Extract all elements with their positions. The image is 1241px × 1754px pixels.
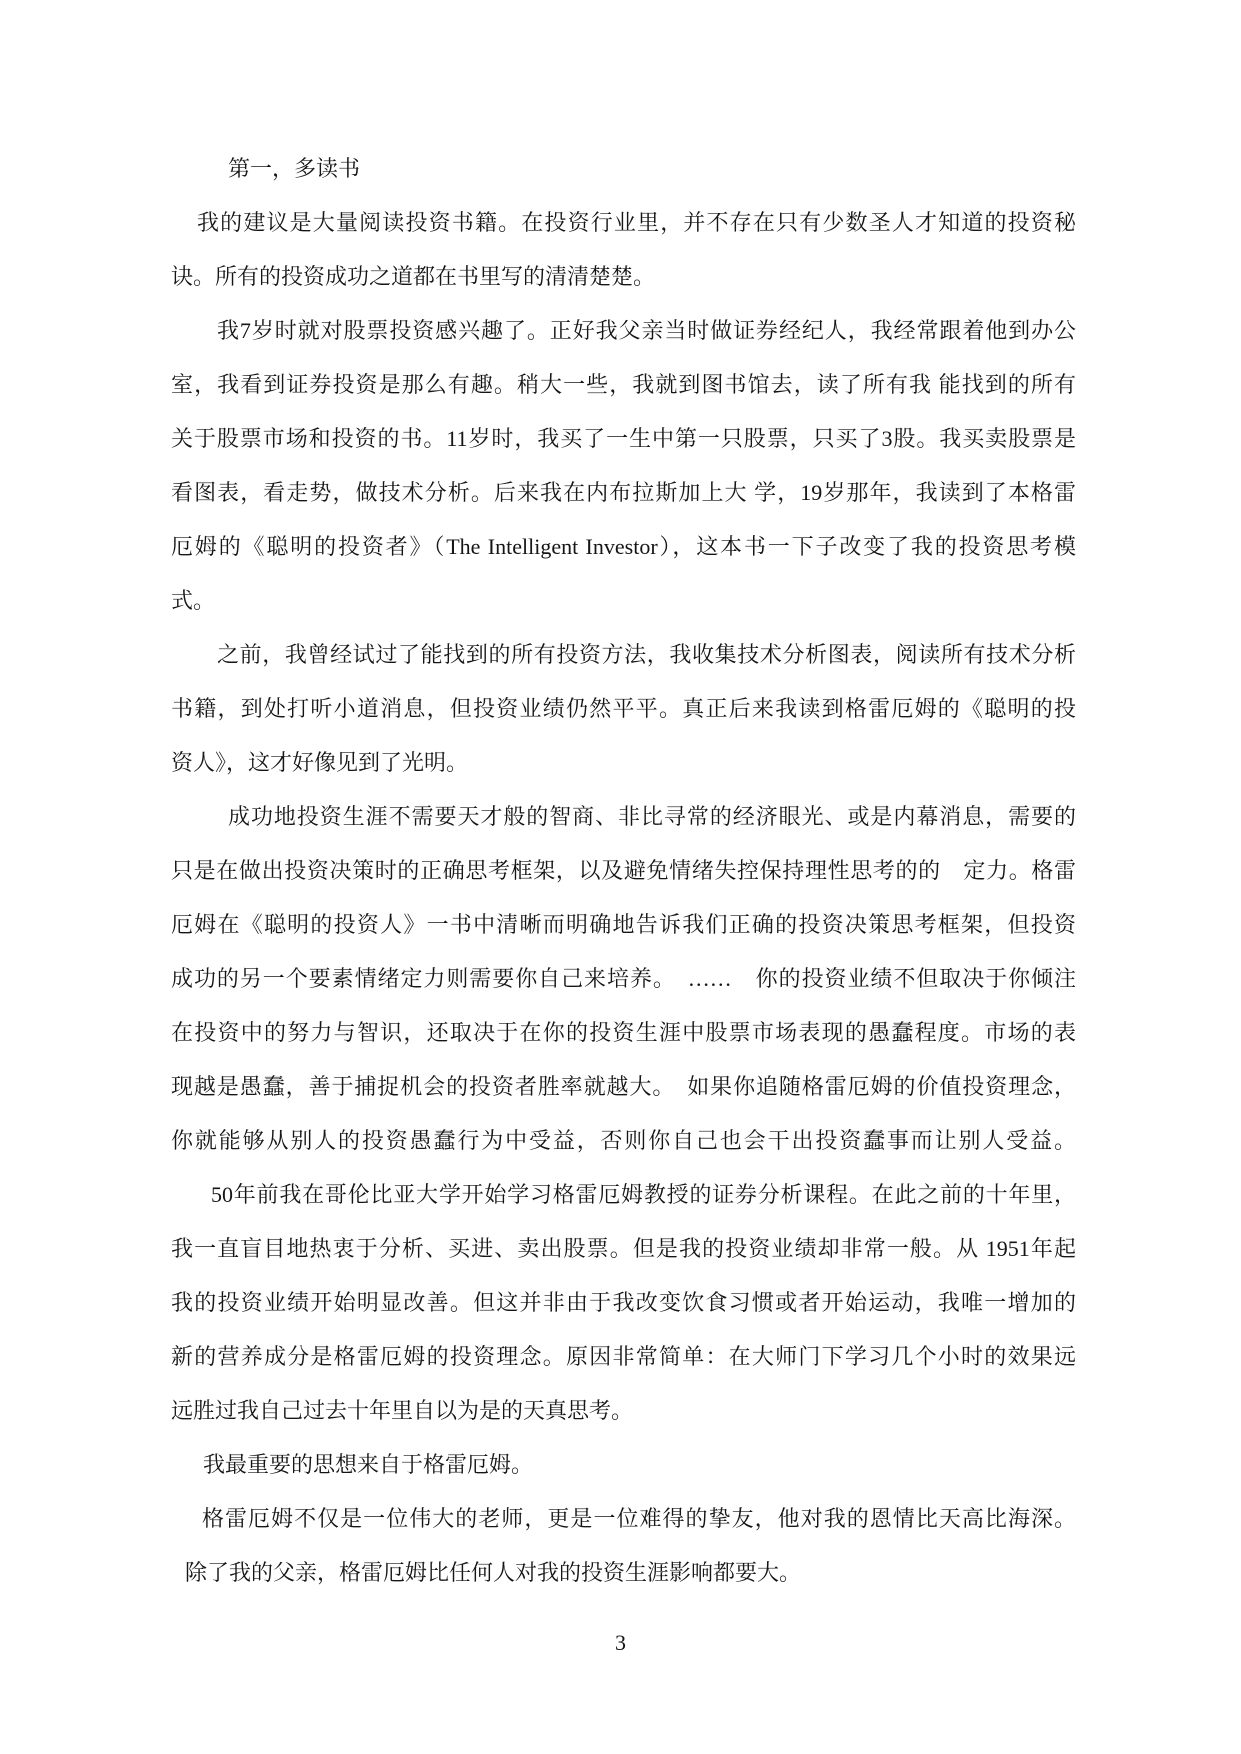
- text-line: 厄姆在《聪明的投资人》一书中清晰而明确地告诉我们正确的投资决策思考框架，但投资: [171, 898, 1076, 952]
- text-line: 我的建议是大量阅读投资书籍。在投资行业里，并不存在只有少数圣人才知道的投资秘: [171, 196, 1076, 250]
- text-line: 第一，多读书: [171, 142, 1076, 196]
- text-line: 只是在做出投资决策时的正确思考框架，以及避免情绪失控保持理性思考的的 定力。格雷: [171, 844, 1076, 898]
- document-body: 第一，多读书我的建议是大量阅读投资书籍。在投资行业里，并不存在只有少数圣人才知道…: [171, 142, 1076, 1600]
- text-line: 50年前我在哥伦比亚大学开始学习格雷厄姆教授的证券分析课程。在此之前的十年里，: [171, 1168, 1076, 1222]
- document-page: 第一，多读书我的建议是大量阅读投资书籍。在投资行业里，并不存在只有少数圣人才知道…: [0, 0, 1241, 1754]
- text-line: 成功的另一个要素情绪定力则需要你自己来培养。 …… 你的投资业绩不但取决于你倾注: [171, 952, 1076, 1006]
- text-line: 远胜过我自己过去十年里自以为是的天真思考。: [171, 1384, 1076, 1438]
- text-line: 看图表，看走势，做技术分析。后来我在内布拉斯加上大 学，19岁那年，我读到了本格…: [171, 466, 1076, 520]
- text-line: 我一直盲目地热衷于分析、买进、卖出股票。但是我的投资业绩却非常一般。从 1951…: [171, 1222, 1076, 1276]
- text-line: 诀。所有的投资成功之道都在书里写的清清楚楚。: [171, 250, 1076, 304]
- text-line: 关于股票市场和投资的书。11岁时，我买了一生中第一只股票，只买了3股。我买卖股票…: [171, 412, 1076, 466]
- text-line: 除了我的父亲，格雷厄姆比任何人对我的投资生涯影响都要大。: [171, 1546, 1076, 1600]
- text-line: 成功地投资生涯不需要天才般的智商、非比寻常的经济眼光、或是内幕消息，需要的: [171, 790, 1076, 844]
- text-line: 室，我看到证券投资是那么有趣。稍大一些，我就到图书馆去，读了所有我 能找到的所有: [171, 358, 1076, 412]
- text-line: 我7岁时就对股票投资感兴趣了。正好我父亲当时做证券经纪人，我经常跟着他到办公: [171, 304, 1076, 358]
- text-line: 在投资中的努力与智识，还取决于在你的投资生涯中股票市场表现的愚蠢程度。市场的表: [171, 1006, 1076, 1060]
- text-line: 现越是愚蠢，善于捕捉机会的投资者胜率就越大。 如果你追随格雷厄姆的价值投资理念，: [171, 1060, 1076, 1114]
- text-line: 你就能够从别人的投资愚蠢行为中受益，否则你自己也会干出投资蠢事而让别人受益。: [171, 1114, 1076, 1168]
- text-line: 书籍，到处打听小道消息，但投资业绩仍然平平。真正后来我读到格雷厄姆的《聪明的投: [171, 682, 1076, 736]
- page-number: 3: [0, 1616, 1241, 1670]
- text-line: 我最重要的思想来自于格雷厄姆。: [171, 1438, 1076, 1492]
- text-line: 新的营养成分是格雷厄姆的投资理念。原因非常简单：在大师门下学习几个小时的效果远: [171, 1330, 1076, 1384]
- text-line: 之前，我曾经试过了能找到的所有投资方法，我收集技术分析图表，阅读所有技术分析: [171, 628, 1076, 682]
- text-line: 我的投资业绩开始明显改善。但这并非由于我改变饮食习惯或者开始运动，我唯一增加的: [171, 1276, 1076, 1330]
- text-line: 厄姆的《聪明的投资者》（The Intelligent Investor），这本…: [171, 520, 1076, 574]
- text-line: 式。: [171, 574, 1076, 628]
- text-line: 格雷厄姆不仅是一位伟大的老师，更是一位难得的挚友，他对我的恩情比天高比海深。: [171, 1492, 1076, 1546]
- text-line: 资人》，这才好像见到了光明。: [171, 736, 1076, 790]
